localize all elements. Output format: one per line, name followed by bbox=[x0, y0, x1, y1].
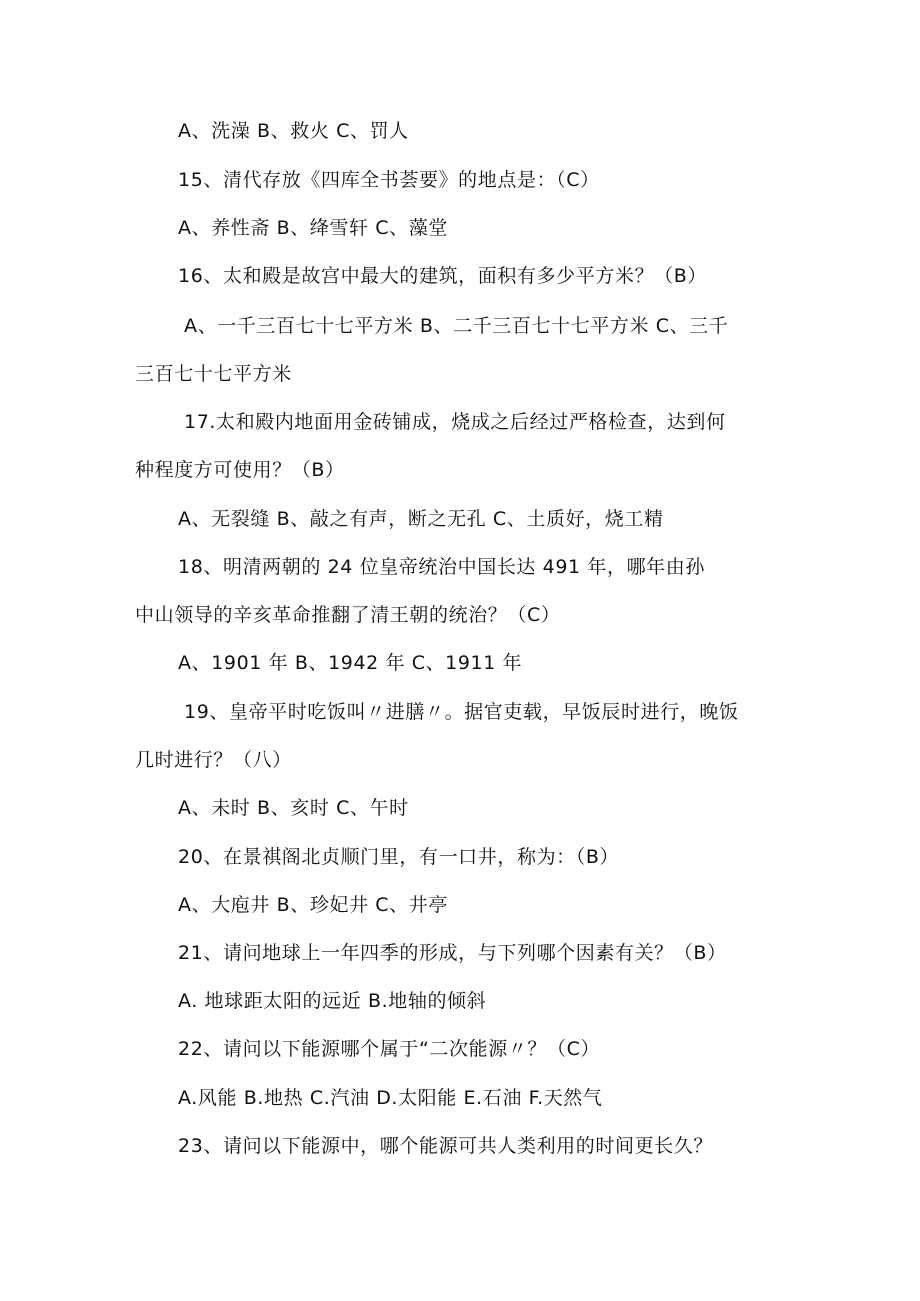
question-text: 23、请问以下能源中，哪个能源可共人类利用的时间更长久？ bbox=[178, 1134, 713, 1158]
question-text: 18、明清两朝的 24 位皇帝统治中国长达 491 年，哪年由孙 bbox=[178, 555, 705, 579]
answer-options-text: A. 地球距太阳的远近 B.地轴的倾斜 bbox=[178, 989, 486, 1013]
answer-options-text: 三百七十七平方米 bbox=[135, 362, 292, 386]
question-text: 21、请问地球上一年四季的形成，与下列哪个因素有关？（B） bbox=[178, 941, 727, 965]
answer-options-text: A、洗澡 B、救火 C、罚人 bbox=[178, 119, 409, 143]
document-page: A、洗澡 B、救火 C、罚人15、清代存放《四库全书荟要》的地点是：（C）A、养… bbox=[0, 0, 920, 1301]
answer-options-text: A、养性斋 B、绛雪轩 C、藻堂 bbox=[178, 216, 448, 240]
answer-options-text: A、一千三百七十七平方米 B、二千三百七十七平方米 C、三千 bbox=[184, 314, 728, 338]
answer-options-text: A、大庖井 B、珍妃井 C、井亭 bbox=[178, 893, 448, 917]
question-text: 15、清代存放《四库全书荟要》的地点是：（C） bbox=[178, 168, 600, 192]
question-text: 种程度方可使用？（B） bbox=[135, 458, 345, 482]
question-text: 17.太和殿内地面用金砖铺成，烧成之后经过严格检查，达到何 bbox=[184, 410, 726, 434]
answer-options-text: A、1901 年 B、1942 年 C、1911 年 bbox=[178, 651, 522, 675]
question-text: 22、请问以下能源哪个属于“二次能源〃？（C） bbox=[178, 1037, 600, 1061]
answer-options-text: A、无裂缝 B、敲之有声，断之无孔 C、土质好，烧工精 bbox=[178, 507, 664, 531]
answer-options-text: A.风能 B.地热 C.汽油 D.太阳能 E.石油 F.天然气 bbox=[178, 1086, 603, 1110]
question-text: 16、太和殿是故宫中最大的建筑，面积有多少平方米？（B） bbox=[178, 264, 707, 288]
question-text: 几时进行？（八） bbox=[135, 748, 292, 772]
question-text: 中山领导的辛亥革命推翻了清王朝的统治？（C） bbox=[135, 603, 560, 627]
question-text: 19、皇帝平时吃饭叫〃进膳〃。据官吏载，早饭辰时进行，晚饭 bbox=[184, 700, 739, 724]
question-text: 20、在景祺阁北贞顺门里，有一口井，称为：（B） bbox=[178, 845, 619, 869]
answer-options-text: A、未时 B、亥时 C、午时 bbox=[178, 796, 409, 820]
